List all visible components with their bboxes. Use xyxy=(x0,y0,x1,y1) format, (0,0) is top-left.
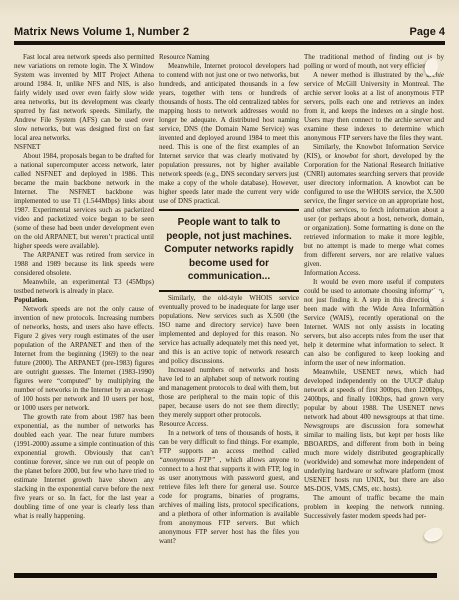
text-column-1: Fast local area network speeds also perm… xyxy=(14,53,154,521)
body-paragraph: About 1984, proposals began to be drafte… xyxy=(14,152,154,251)
body-paragraph: Similarly, the Knowbot Information Servi… xyxy=(304,143,444,269)
body-paragraph: Network speeds are not the only cause of… xyxy=(14,305,154,413)
body-paragraph: The traditional method of finding out is… xyxy=(304,53,444,71)
section-heading: Resource Naming xyxy=(159,53,299,62)
section-heading: Resource Access. xyxy=(159,420,299,429)
body-paragraph: Meanwhile, an experimental T3 (45Mbps) t… xyxy=(14,278,154,296)
body-paragraph: The amount of traffic became the main pr… xyxy=(304,494,444,521)
footer-rule xyxy=(14,573,437,578)
body-paragraph: Similarly, the old-style WHOIS service e… xyxy=(159,294,299,366)
text-columns: Fast local area network speeds also perm… xyxy=(14,53,445,546)
newsletter-title: Matrix News Volume 1, Number 2 xyxy=(14,26,189,38)
section-heading: NSFNET xyxy=(14,143,154,152)
section-heading: Population. xyxy=(14,296,154,305)
pull-quote: People want to talk to people, not just … xyxy=(159,209,299,292)
scanned-newsletter-page: Matrix News Volume 1, Number 2 Page 4 Fa… xyxy=(0,0,459,600)
body-paragraph: In a network of tens of thousands of hos… xyxy=(159,429,299,546)
section-heading: Information Access. xyxy=(304,269,444,278)
body-paragraph: Increased numbers of networks and hosts … xyxy=(159,366,299,420)
body-paragraph: A newer method is illustrated by the arc… xyxy=(304,71,444,143)
page-number: Page 4 xyxy=(410,26,445,38)
body-paragraph: It would be even more useful if computer… xyxy=(304,278,444,368)
text-column-3: The traditional method of finding out is… xyxy=(304,53,444,521)
body-paragraph: Meanwhile, Internet protocol developers … xyxy=(159,62,299,206)
text-column-2: Resource NamingMeanwhile, Internet proto… xyxy=(159,53,299,546)
pull-quote-text: People want to talk to people, not just … xyxy=(160,216,298,284)
body-paragraph: The growth rate from about 1987 has been… xyxy=(14,413,154,521)
body-paragraph: The ARPANET was retired from service in … xyxy=(14,251,154,278)
body-paragraph: Fast local area network speeds also perm… xyxy=(14,53,154,143)
header-rule xyxy=(14,41,445,45)
body-paragraph: Meanwhile, USENET news, which had develo… xyxy=(304,368,444,494)
